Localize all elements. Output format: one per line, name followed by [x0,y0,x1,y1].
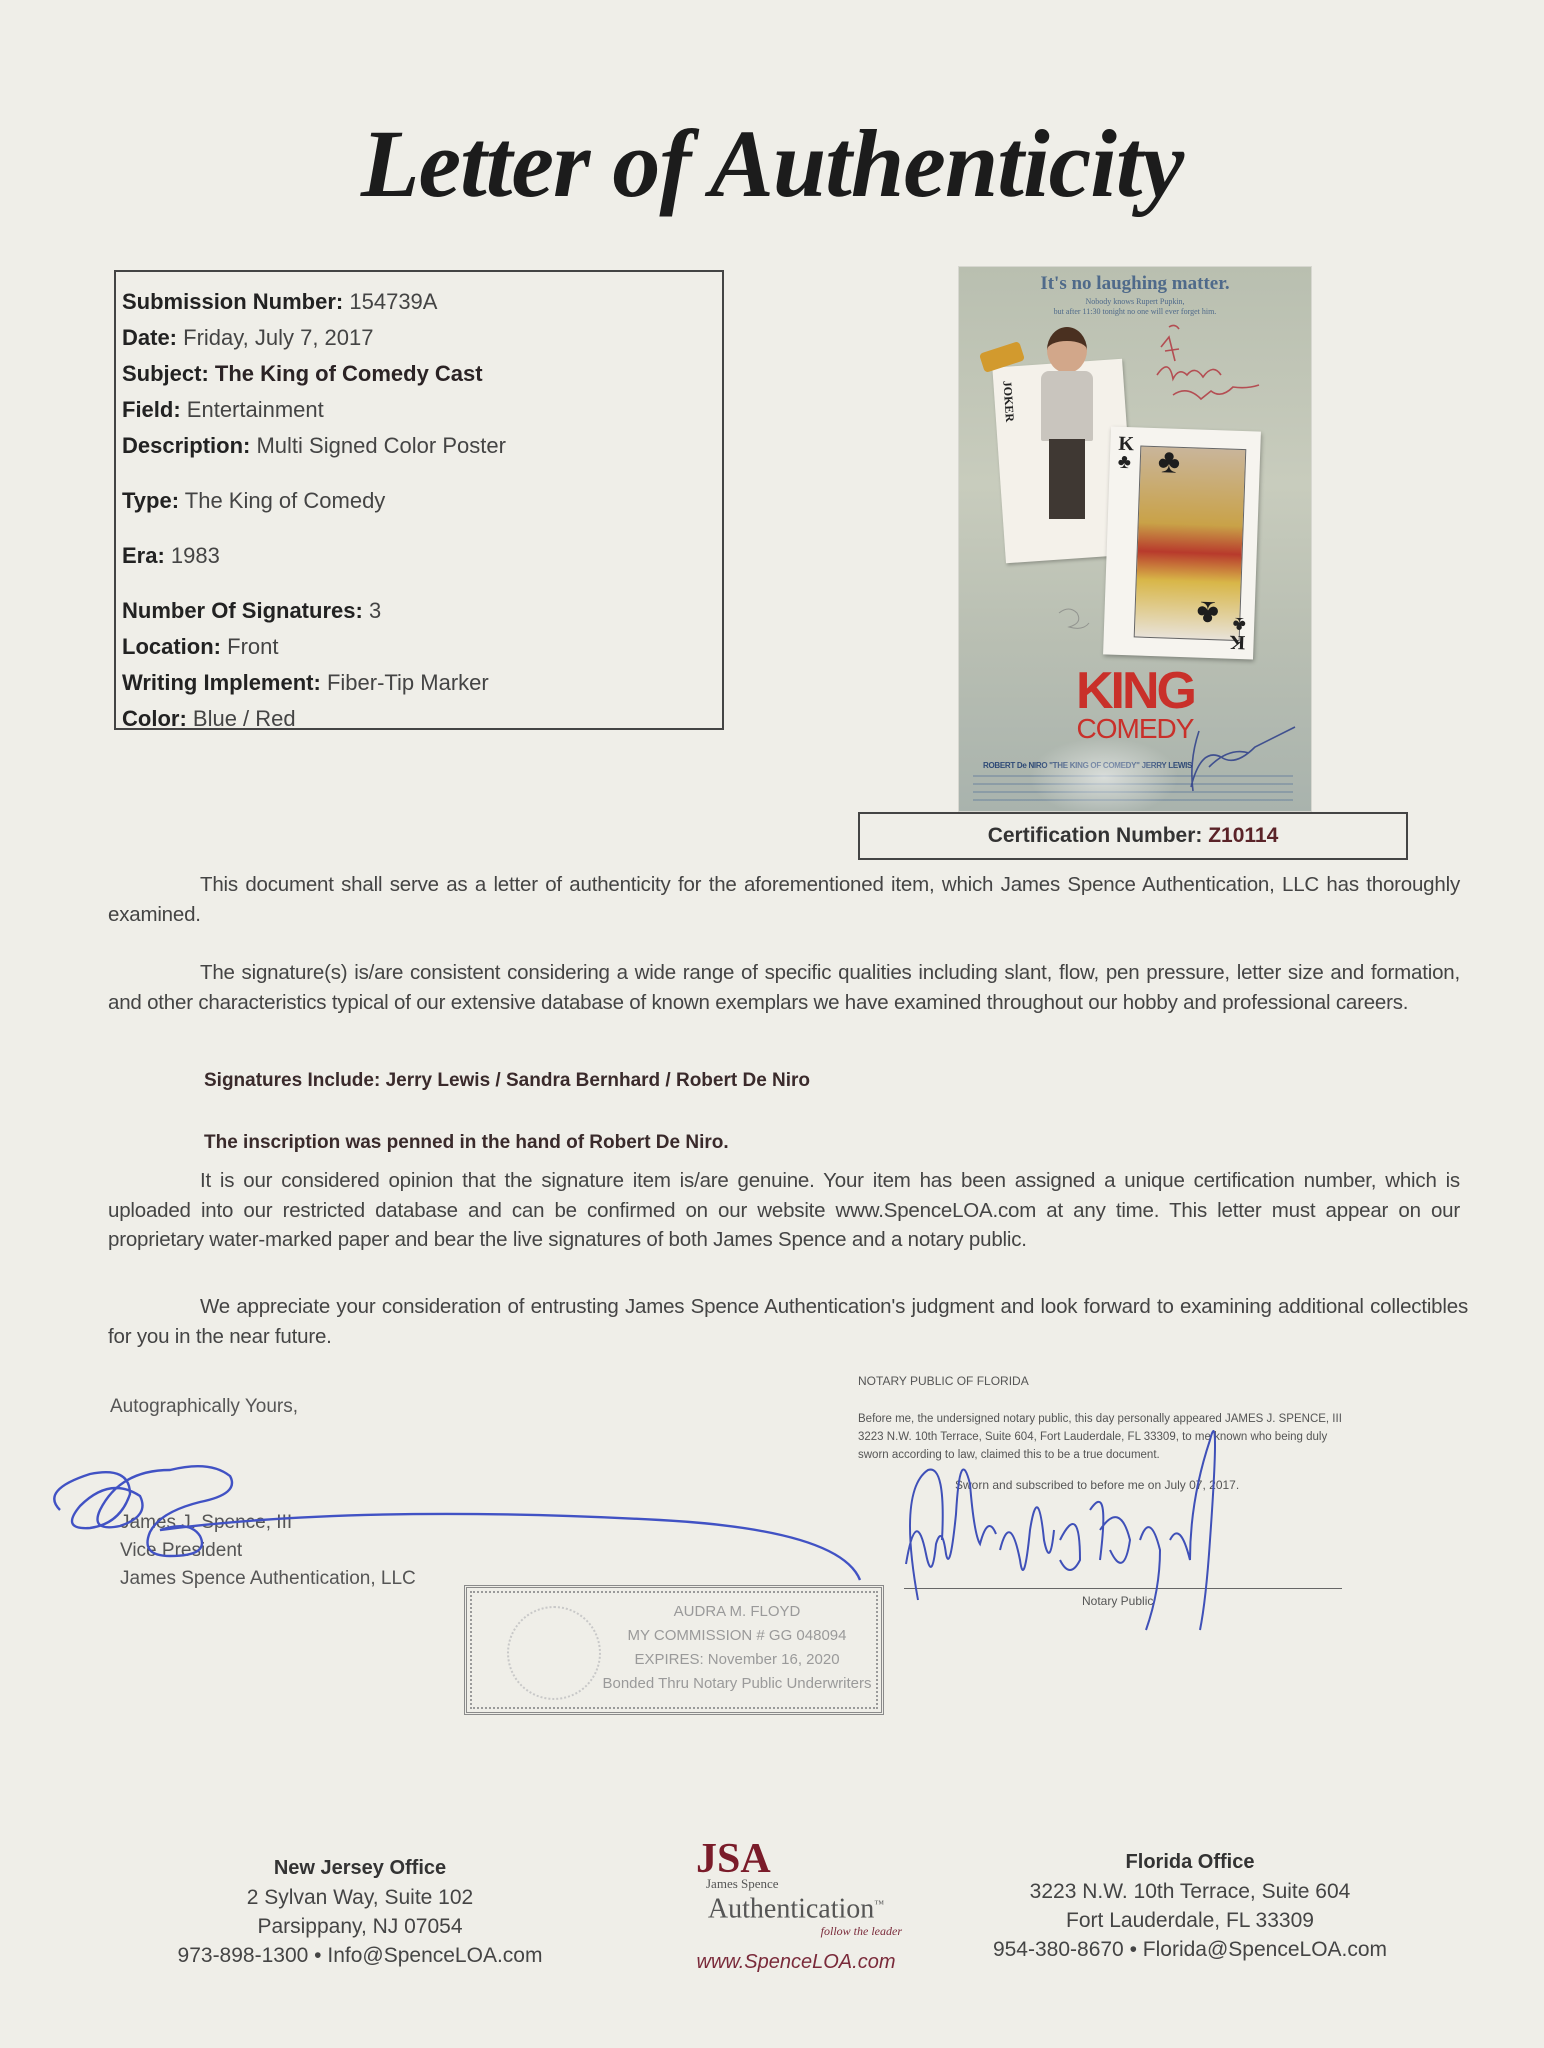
jsa-logo: JSA James Spence Authentication™ follow … [676,1840,916,1974]
website-link[interactable]: www.SpenceLOA.com [676,1951,916,1974]
notary-stamp: AUDRA M. FLOYD MY COMMISSION # GG 048094… [464,1585,884,1715]
detail-label: Subject: [122,361,209,386]
detail-value: 154739A [349,289,437,314]
stamp-bonded: Bonded Thru Notary Public Underwriters [597,1672,877,1696]
nj-office-heading: New Jersey Office [150,1854,570,1883]
inscription-note: The inscription was penned in the hand o… [204,1132,729,1154]
item-details-box: Submission Number: 154739A Date: Friday,… [114,270,724,730]
detail-era: Era: 1983 [122,538,716,574]
autograph-signatures [959,267,1311,811]
detail-value: Front [227,634,278,659]
detail-label: Number Of Signatures: [122,598,363,623]
detail-label: Era: [122,543,165,568]
item-photo-poster: It's no laughing matter. Nobody knows Ru… [958,266,1312,812]
detail-label: Submission Number: [122,289,343,314]
detail-value: 1983 [171,543,220,568]
nj-office-address2: Parsippany, NJ 07054 [150,1912,570,1941]
nj-email-link[interactable]: Info@SpenceLOA.com [327,1944,542,1967]
signer-company: James Spence Authentication, LLC [120,1568,416,1590]
certification-number: Z10114 [1208,824,1278,847]
closing: Autographically Yours, [110,1396,298,1418]
fl-office-contact: 954-380-8670 • Florida@SpenceLOA.com [940,1935,1440,1964]
detail-label: Date: [122,325,177,350]
detail-description: Description: Multi Signed Color Poster [122,428,716,464]
detail-date: Date: Friday, July 7, 2017 [122,320,716,356]
stamp-expires: EXPIRES: November 16, 2020 [597,1648,877,1672]
signer-name: James J. Spence, III [120,1512,292,1534]
signatures-include: Signatures Include: Jerry Lewis / Sandra… [204,1070,810,1092]
detail-number-of-signatures: Number Of Signatures: 3 [122,593,716,629]
detail-subject: Subject: The King of Comedy Cast [122,356,716,392]
detail-writing-implement: Writing Implement: Fiber-Tip Marker [122,665,716,701]
bullet-separator: • [1130,1938,1137,1961]
detail-value: Fiber-Tip Marker [327,670,489,695]
jsa-authentication: Authentication™ [676,1890,916,1924]
nj-phone: 973-898-1300 [178,1944,309,1967]
detail-label: Writing Implement: [122,670,321,695]
detail-location: Location: Front [122,629,716,665]
detail-label: Description: [122,433,250,458]
detail-value: Blue / Red [193,706,296,731]
jsa-tagline: follow the leader [676,1924,916,1939]
detail-value: The King of Comedy Cast [215,361,483,386]
detail-value: Multi Signed Color Poster [256,433,505,458]
nj-office: New Jersey Office 2 Sylvan Way, Suite 10… [150,1854,570,1970]
certification-label: Certification Number: [988,824,1203,847]
jsa-mark: JSA [676,1840,916,1878]
body-paragraph-2: The signature(s) is/are consistent consi… [108,958,1460,1017]
fl-phone: 954-380-8670 [993,1938,1124,1961]
signer-title: Vice President [120,1540,242,1562]
stamp-commission: MY COMMISSION # GG 048094 [597,1624,877,1648]
certification-number-box: Certification Number: Z10114 [858,812,1408,860]
detail-color: Color: Blue / Red [122,701,716,737]
fl-email-link[interactable]: Florida@SpenceLOA.com [1143,1938,1387,1961]
document-title: Letter of Authenticity [0,108,1544,219]
detail-field: Field: Entertainment [122,392,716,428]
notary-sworn: Sworn and subscribed to before me on Jul… [955,1478,1239,1492]
notary-seal-icon [507,1606,601,1700]
notary-signature-line [904,1588,1342,1589]
detail-value: Entertainment [187,397,324,422]
stamp-name: AUDRA M. FLOYD [597,1600,877,1624]
detail-value: 3 [369,598,381,623]
detail-label: Type: [122,488,179,513]
detail-value: Friday, July 7, 2017 [183,325,373,350]
jsa-name: James Spence [676,1878,916,1890]
notary-label: Notary Public [1082,1594,1153,1608]
notary-heading: NOTARY PUBLIC OF FLORIDA [858,1374,1029,1388]
body-paragraph-4: We appreciate your consideration of entr… [108,1292,1468,1351]
detail-label: Color: [122,706,187,731]
fl-office-address1: 3223 N.W. 10th Terrace, Suite 604 [940,1877,1440,1906]
body-paragraph-3: It is our considered opinion that the si… [108,1166,1460,1255]
body-paragraph-1: This document shall serve as a letter of… [108,870,1460,929]
fl-office-address2: Fort Lauderdale, FL 33309 [940,1906,1440,1935]
detail-label: Location: [122,634,221,659]
detail-value: The King of Comedy [185,488,386,513]
detail-type: Type: The King of Comedy [122,483,716,519]
detail-submission-number: Submission Number: 154739A [122,284,716,320]
nj-office-contact: 973-898-1300 • Info@SpenceLOA.com [150,1941,570,1970]
fl-office-heading: Florida Office [940,1848,1440,1877]
notary-statement: Before me, the undersigned notary public… [858,1410,1358,1464]
fl-office: Florida Office 3223 N.W. 10th Terrace, S… [940,1848,1440,1964]
nj-office-address1: 2 Sylvan Way, Suite 102 [150,1883,570,1912]
detail-label: Field: [122,397,181,422]
bullet-separator: • [314,1944,321,1967]
